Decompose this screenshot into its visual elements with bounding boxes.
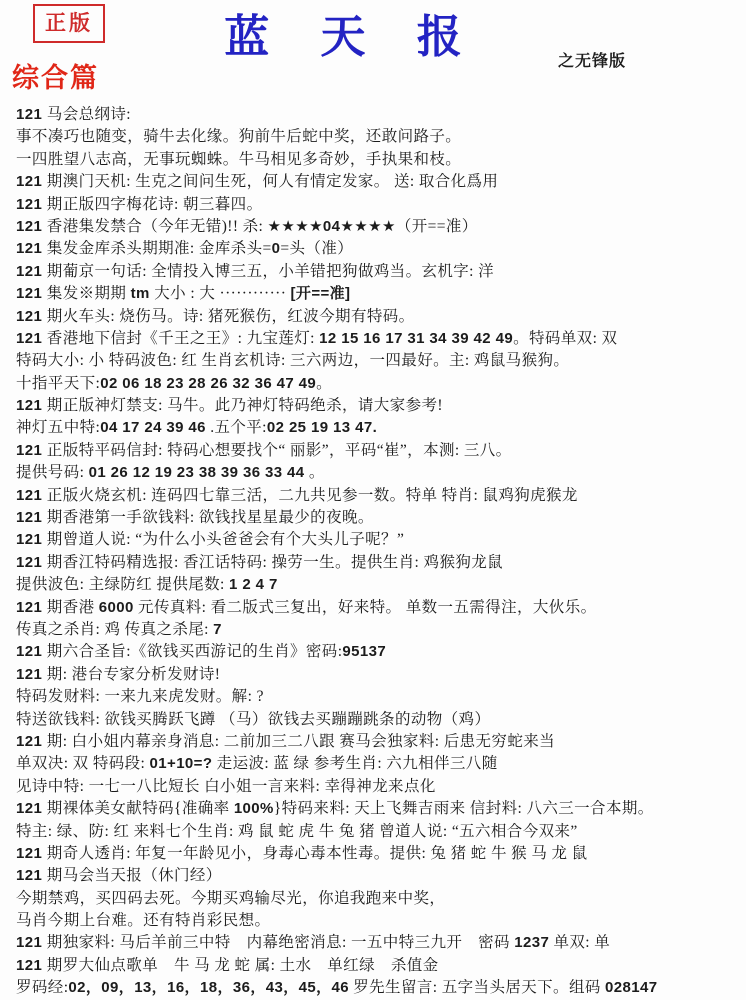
text-line: 特送欲钱料: 欲钱买腾跃飞蹲 （马）欲钱去买蹦蹦跳条的动物（鸡） — [16, 709, 742, 731]
line-segment: 期: 港台专家分析发财诗! — [47, 666, 221, 683]
line-segment-bold: 121 — [16, 554, 47, 571]
tip-sheet-body: 121 马会总纲诗:事不凑巧也随变，骑牛去化缘。狗前牛后蛇中奖，还敢问路子。一四… — [16, 104, 742, 1000]
line-segment-bold: 121 — [16, 845, 47, 862]
line-segment: 期: 白小姐内幕亲身消息: 二前加三二八跟 赛马会独家料: 后患无穷蛇来当 — [47, 733, 555, 750]
line-segment: 事不凑巧也随变，骑牛去化缘。狗前牛后蛇中奖，还敢问路子。 — [16, 128, 461, 145]
text-line: 见诗中特: 一七一八比短长 白小姐一言来料: 幸得神龙来点化 — [16, 776, 742, 798]
line-segment-bold: 04 17 24 39 46 — [100, 419, 206, 436]
text-line: 121 期香港 6000 元传真料: 看二版式三复出，好来特。 单数一五需得注，… — [16, 597, 742, 619]
line-segment-bold: 01 26 12 19 23 38 39 36 33 44 — [89, 464, 305, 481]
line-segment-bold: ★★★★04★★★★ — [268, 218, 396, 235]
line-segment: （开==准） — [396, 218, 478, 235]
text-line: 121 期葡京一句话: 全情投入博三五，小羊错把狗做鸡当。玄机字: 洋 — [16, 261, 742, 283]
line-segment-bold: 121 — [16, 957, 47, 974]
line-segment: 特码发财料: 一来九来虎发财。解: ? — [16, 688, 264, 705]
line-segment: 特码大小: 小 特码波色: 红 生肖玄机诗: 三六两边，一四最好。主: 鸡鼠马猴… — [16, 352, 569, 369]
text-line: 121 期独家料: 马后羊前三中特 内幕绝密消息: 一五中特三九开 密码 123… — [16, 932, 742, 954]
line-segment-bold: 121 — [16, 397, 47, 414]
line-segment: 十指平天下: — [16, 375, 100, 392]
line-segment: 期火车头: 烧伤马。诗: 猪死猴伤，红波今期有特码。 — [47, 308, 415, 325]
text-line: 121 期: 港台专家分析发财诗! — [16, 664, 742, 686]
line-segment: 传真之杀肖: 鸡 传真之杀尾: — [16, 621, 213, 638]
line-segment-bold: 121 — [16, 867, 47, 884]
line-segment-bold: 121 — [16, 442, 47, 459]
line-segment: 期裸体美女献特码{准确率 — [47, 800, 234, 817]
line-segment-bold: 121 — [16, 643, 47, 660]
text-line: 121 期香港第一手欲钱料: 欲钱找星星最少的夜晚。 — [16, 507, 742, 529]
text-line: 121 香港地下信封《千王之王》: 九宝莲灯: 12 15 16 17 31 3… — [16, 328, 742, 350]
text-line: 121 正版火烧玄机: 连码四七靠三活，二九共见参一数。特单 特肖: 鼠鸡狗虎猴… — [16, 485, 742, 507]
line-segment-bold: 1237 — [514, 934, 549, 951]
text-line: 121 期裸体美女献特码{准确率 100%}特码来料: 天上飞舞吉雨来 信封料:… — [16, 798, 742, 820]
line-segment-bold: 1 2 4 7 — [229, 576, 278, 593]
text-line: 121 期罗大仙点歌单 牛 马 龙 蛇 属: 土水 单红绿 杀值金 — [16, 955, 742, 977]
text-line: 121 期正版神灯禁支: 马牛。此乃神灯特码绝杀，请大家参考! — [16, 395, 742, 417]
line-segment: 大小 : 大 ············ — [154, 285, 290, 302]
line-segment-bold: 121 — [16, 733, 47, 750]
line-segment: 期曾道人说: “为什么小头爸爸会有个大头儿子呢？” — [47, 531, 404, 548]
text-line: 十指平天下:02 06 18 23 28 26 32 36 47 49。 — [16, 373, 742, 395]
section-heading: 综合篇 — [12, 56, 99, 95]
text-line: 121 期曾道人说: “为什么小头爸爸会有个大头儿子呢？” — [16, 529, 742, 551]
text-line: 特码发财料: 一来九来虎发财。解: ? — [16, 686, 742, 708]
line-segment: 正版特平码信封: 特码心想要找个“ 丽影”，平码“崔”，本测: 三八。 — [47, 442, 512, 459]
line-segment: 提供波色: 主绿防红 提供尾数: — [16, 576, 229, 593]
line-segment: 单双决: 双 特码段: — [16, 755, 150, 772]
line-segment: 期香港第一手欲钱料: 欲钱找星星最少的夜晚。 — [47, 509, 374, 526]
line-segment-bold: 100% — [234, 800, 274, 817]
line-segment-bold: 121 — [16, 487, 47, 504]
text-line: 121 马会总纲诗: — [16, 104, 742, 126]
line-segment: 罗码经: — [16, 979, 68, 996]
line-segment: .五个平: — [206, 419, 267, 436]
line-segment: 期澳门天机: 生克之间问生死，何人有情定发家。 送: 取合化爲用 — [47, 173, 499, 190]
text-line: 罗码经:02，09，13，16，18，36，43，45，46 罗先生留言: 五字… — [16, 977, 742, 999]
text-line: 一四胜望八志高，无事玩蜘蛛。牛马相见多奇妙，手执果和枝。 — [16, 149, 742, 171]
line-segment-bold: 121 — [16, 599, 47, 616]
text-line: 121 期马会当天报（休门经） — [16, 865, 742, 887]
line-segment-bold: 121 — [16, 106, 47, 123]
text-line: 特主: 绿、防: 红 来料七个生肖: 鸡 鼠 蛇 虎 牛 兔 猪 曾道人说: “… — [16, 821, 742, 843]
line-segment-bold: 121 — [16, 263, 47, 280]
line-segment: 。特码单双: 双 — [513, 330, 617, 347]
line-segment: 马肖今期上台难。还有特肖彩民想。 — [16, 912, 270, 929]
line-segment: 期独家料: 马后羊前三中特 内幕绝密消息: 一五中特三九开 密码 — [47, 934, 514, 951]
text-line: 单双决: 双 特码段: 01+10=? 走运波: 蓝 绿 参考生肖: 六九相伴三… — [16, 753, 742, 775]
text-line: 121 期奇人透肖: 年复一年龄见小，身毒心毒本性毒。提供: 兔 猪 蛇 牛 猴… — [16, 843, 742, 865]
text-line: 传真之杀肖: 鸡 传真之杀尾: 7 — [16, 619, 742, 641]
line-segment-bold: 7 — [213, 621, 222, 638]
line-segment: 集发※期期 — [47, 285, 131, 302]
line-segment: 香港集发禁合（今年无错)!! 杀: — [47, 218, 268, 235]
line-segment-bold: 121 — [16, 531, 47, 548]
line-segment: 期葡京一句话: 全情投入博三五，小羊错把狗做鸡当。玄机字: 洋 — [47, 263, 494, 280]
text-line: 提供号码: 01 26 12 19 23 38 39 36 33 44 。 — [16, 462, 742, 484]
line-segment: 见诗中特: 一七一八比短长 白小姐一言来料: 幸得神龙来点化 — [16, 778, 436, 795]
line-segment-bold: 121 — [16, 285, 47, 302]
line-segment-bold: 02，09，13，16，18，36，43，45，46 — [68, 979, 349, 996]
text-line: 事不凑巧也随变，骑牛去化缘。狗前牛后蛇中奖，还敢问路子。 — [16, 126, 742, 148]
line-segment: 走运波: 蓝 绿 参考生肖: 六九相伴三八随 — [212, 755, 497, 772]
line-segment-bold: 01+10=? — [150, 755, 213, 772]
line-segment: 马会总纲诗: — [47, 106, 131, 123]
line-segment: 。 — [316, 375, 332, 392]
line-segment-bold: tm — [131, 285, 155, 302]
text-line: 121 集发金库杀头期期准: 金库杀头=0=头（准） — [16, 238, 742, 260]
line-segment: 集发金库杀头期期准: 金库杀头= — [47, 240, 272, 257]
line-segment: }特码来料: 天上飞舞吉雨来 信封料: 八六三一合本期。 — [274, 800, 654, 817]
text-line: 提供波色: 主绿防红 提供尾数: 1 2 4 7 — [16, 574, 742, 596]
line-segment-bold: 95137 — [342, 643, 386, 660]
page-title: 蓝 天 报 — [0, 0, 746, 65]
line-segment-bold: 02 25 19 13 47. — [267, 419, 377, 436]
line-segment: 特送欲钱料: 欲钱买腾跃飞蹲 （马）欲钱去买蹦蹦跳条的动物（鸡） — [16, 711, 490, 728]
line-segment-bold: 12 15 16 17 31 34 39 42 49 — [319, 330, 513, 347]
line-segment-bold: 6000 — [99, 599, 134, 616]
text-line: 121 香港集发禁合（今年无错)!! 杀: ★★★★04★★★★（开==准） — [16, 216, 742, 238]
text-line: 121 期: 白小姐内幕亲身消息: 二前加三二八跟 赛马会独家料: 后患无穷蛇来… — [16, 731, 742, 753]
line-segment: 元传真料: 看二版式三复出，好来特。 单数一五需得注，大伙乐。 — [134, 599, 597, 616]
line-segment-bold: 121 — [16, 240, 47, 257]
line-segment-bold: 121 — [16, 173, 47, 190]
text-line: 121 集发※期期 tm 大小 : 大 ············ [开==准] — [16, 283, 742, 305]
line-segment-bold: 121 — [16, 196, 47, 213]
line-segment-bold: [开==准] — [291, 285, 351, 302]
line-segment-bold: 02 06 18 23 28 26 32 36 47 49 — [100, 375, 316, 392]
line-segment: 期香港 — [47, 599, 99, 616]
line-segment: 期六合圣旨:《欲钱买西游记的生肖》密码: — [47, 643, 343, 660]
line-segment: 正版火烧玄机: 连码四七靠三活，二九共见参一数。特单 特肖: 鼠鸡狗虎猴龙 — [47, 487, 578, 504]
line-segment-bold: 121 — [16, 800, 47, 817]
text-line: 121 正版特平码信封: 特码心想要找个“ 丽影”，平码“崔”，本测: 三八。 — [16, 440, 742, 462]
line-segment: 神灯五中特: — [16, 419, 100, 436]
line-segment-bold: 121 — [16, 218, 47, 235]
line-segment: 罗先生留言: 五字当头居天下。组码 — [349, 979, 605, 996]
line-segment: 期马会当天报（休门经） — [47, 867, 222, 884]
line-segment: 提供号码: — [16, 464, 89, 481]
line-segment: 期正版四字梅花诗: 朝三暮四。 — [47, 196, 263, 213]
line-segment-bold: 028147 — [605, 979, 657, 996]
text-line: 马肖今期上台难。还有特肖彩民想。 — [16, 910, 742, 932]
line-segment: 期罗大仙点歌单 牛 马 龙 蛇 属: 土水 单红绿 杀值金 — [47, 957, 439, 974]
line-segment-bold: 121 — [16, 666, 47, 683]
line-segment: 。 — [305, 464, 325, 481]
line-segment: 期正版神灯禁支: 马牛。此乃神灯特码绝杀，请大家参考! — [47, 397, 443, 414]
text-line: 121 期正版四字梅花诗: 朝三暮四。 — [16, 194, 742, 216]
line-segment-bold: 121 — [16, 934, 47, 951]
edition-label: 之无锋版 — [558, 48, 626, 71]
text-line: 121 期澳门天机: 生克之间问生死，何人有情定发家。 送: 取合化爲用 — [16, 171, 742, 193]
line-segment: =头（准） — [280, 240, 353, 257]
text-line: 121 期香江特码精选报: 香江话特码: 操劳一生。提供生肖: 鸡猴狗龙鼠 — [16, 552, 742, 574]
text-line: 特码大小: 小 特码波色: 红 生肖玄机诗: 三六两边，一四最好。主: 鸡鼠马猴… — [16, 350, 742, 372]
line-segment: 单双: 单 — [549, 934, 610, 951]
lottery-tip-sheet: { "header": { "stamp": "正版", "title": "蓝… — [0, 0, 746, 1000]
line-segment: 期香江特码精选报: 香江话特码: 操劳一生。提供生肖: 鸡猴狗龙鼠 — [47, 554, 503, 571]
text-line: 121 期六合圣旨:《欲钱买西游记的生肖》密码:95137 — [16, 641, 742, 663]
line-segment-bold: 121 — [16, 509, 47, 526]
line-segment: 香港地下信封《千王之王》: 九宝莲灯: — [47, 330, 319, 347]
line-segment: 今期禁鸡，买四码去死。今期买鸡输尽光，你追我跑来中奖， — [16, 890, 445, 907]
line-segment-bold: 121 — [16, 308, 47, 325]
text-line: 今期禁鸡，买四码去死。今期买鸡输尽光，你追我跑来中奖， — [16, 888, 742, 910]
line-segment-bold: 121 — [16, 330, 47, 347]
line-segment: 特主: 绿、防: 红 来料七个生肖: 鸡 鼠 蛇 虎 牛 兔 猪 曾道人说: “… — [16, 823, 578, 840]
text-line: 121 期火车头: 烧伤马。诗: 猪死猴伤，红波今期有特码。 — [16, 306, 742, 328]
line-segment: 一四胜望八志高，无事玩蜘蛛。牛马相见多奇妙，手执果和枝。 — [16, 151, 461, 168]
text-line: 神灯五中特:04 17 24 39 46 .五个平:02 25 19 13 47… — [16, 417, 742, 439]
line-segment: 期奇人透肖: 年复一年龄见小，身毒心毒本性毒。提供: 兔 猪 蛇 牛 猴 马 龙… — [47, 845, 588, 862]
